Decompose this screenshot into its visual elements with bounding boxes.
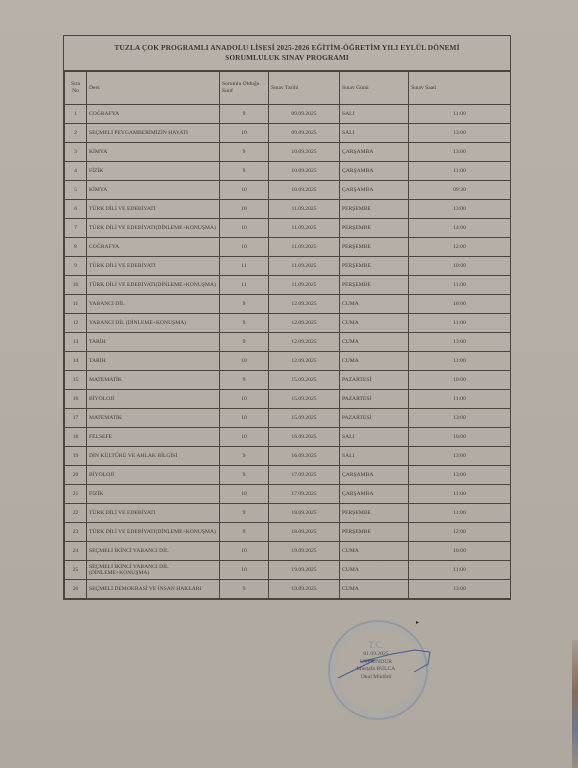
- cell-no: 7: [65, 219, 87, 238]
- table-row: 9TÜRK DİLİ VE EDEBİYATI1111.09.2025PERŞE…: [65, 257, 511, 276]
- cell-ders: YABANCI DİL (DİNLEME+KONUŞMA): [87, 314, 220, 333]
- cell-sinif: 10: [220, 409, 269, 428]
- table-row: 14TARİH1012.09.2025CUMA11:00: [65, 352, 511, 371]
- cell-sinif: 9: [220, 162, 269, 181]
- cell-no: 8: [65, 238, 87, 257]
- cell-sinif: 10: [220, 390, 269, 409]
- cell-saat: 13:00: [409, 333, 511, 352]
- cell-sinif: 9: [220, 580, 269, 599]
- cell-ders: TÜRK DİLİ VE EDEBİYATI(DİNLEME+KONUŞMA): [87, 523, 220, 542]
- cell-no: 11: [65, 295, 87, 314]
- cell-sinif: 10: [220, 181, 269, 200]
- cell-sinif: 10: [220, 219, 269, 238]
- cell-gun: CUMA: [340, 580, 409, 599]
- cell-saat: 13:00: [409, 409, 511, 428]
- cell-tarih: 17.09.2025: [269, 485, 340, 504]
- cell-gun: CUMA: [340, 542, 409, 561]
- cell-sinif: 11: [220, 257, 269, 276]
- cell-gun: PERŞEMBE: [340, 200, 409, 219]
- cell-tarih: 11.09.2025: [269, 200, 340, 219]
- cell-saat: 13:00: [409, 466, 511, 485]
- cell-tarih: 16.09.2025: [269, 428, 340, 447]
- cell-tarih: 10.09.2025: [269, 181, 340, 200]
- cell-sinif: 10: [220, 124, 269, 143]
- table-row: 1COĞRAFYA909.09.2025SALI11:00: [65, 105, 511, 124]
- cell-saat: 13:00: [409, 143, 511, 162]
- cell-tarih: 10.09.2025: [269, 143, 340, 162]
- cell-gun: CUMA: [340, 295, 409, 314]
- cell-no: 3: [65, 143, 87, 162]
- cell-sinif: 9: [220, 143, 269, 162]
- cell-ders: TÜRK DİLİ VE EDEBİYATI: [87, 257, 220, 276]
- table-row: 17MATEMATİK1015.09.2025PAZARTESİ13:00: [65, 409, 511, 428]
- cell-ders: COĞRAFYA: [87, 238, 220, 257]
- table-row: 12YABANCI DİL (DİNLEME+KONUŞMA)912.09.20…: [65, 314, 511, 333]
- header-sinif: Sorumlu Olduğu Sınıf: [220, 72, 269, 105]
- title-line-2: SORUMLULUK SINAV PROGRAMI: [225, 53, 349, 63]
- table-row: 13TARİH912.09.2025CUMA13:00: [65, 333, 511, 352]
- schedule-table: Sıra No Ders Sorumlu Olduğu Sınıf Sınav …: [64, 71, 511, 599]
- cell-no: 21: [65, 485, 87, 504]
- cell-ders: YABANCI DİL: [87, 295, 220, 314]
- cell-ders: TARİH: [87, 352, 220, 371]
- table-row: 5KİMYA1010.09.2025ÇARŞAMBA09:30: [65, 181, 511, 200]
- cell-gun: PERŞEMBE: [340, 238, 409, 257]
- cell-ders: BİYOLOJİ: [87, 466, 220, 485]
- cell-saat: 09:30: [409, 181, 511, 200]
- cell-no: 4: [65, 162, 87, 181]
- cell-ders: MATEMATİK: [87, 409, 220, 428]
- cell-no: 17: [65, 409, 87, 428]
- cell-saat: 11:00: [409, 105, 511, 124]
- cell-no: 9: [65, 257, 87, 276]
- cell-gun: PAZARTESİ: [340, 409, 409, 428]
- cell-ders: TÜRK DİLİ VE EDEBİYATI: [87, 200, 220, 219]
- cell-ders: KİMYA: [87, 181, 220, 200]
- cell-saat: 11:00: [409, 314, 511, 333]
- cell-no: 13: [65, 333, 87, 352]
- cell-gun: PERŞEMBE: [340, 219, 409, 238]
- cell-no: 25: [65, 561, 87, 580]
- cell-no: 18: [65, 428, 87, 447]
- cell-gun: ÇARŞAMBA: [340, 181, 409, 200]
- cell-saat: 11:00: [409, 561, 511, 580]
- cell-saat: 11:00: [409, 390, 511, 409]
- table-row: 15MATEMATİK915.09.2025PAZARTESİ10:00: [65, 371, 511, 390]
- cell-no: 15: [65, 371, 87, 390]
- cell-no: 2: [65, 124, 87, 143]
- cell-ders: FİZİK: [87, 485, 220, 504]
- cell-sinif: 10: [220, 200, 269, 219]
- cell-gun: CUMA: [340, 333, 409, 352]
- table-row: 26SEÇMELİ DEMOKRASİ VE İNSAN HAKLARI919.…: [65, 580, 511, 599]
- cell-ders: SEÇMELİ PEYGAMBERİMİZİN HAYATI: [87, 124, 220, 143]
- stamp-emblem: T.C.: [328, 640, 424, 651]
- cell-tarih: 12.09.2025: [269, 333, 340, 352]
- cell-ders: DİN KÜLTÜRÜ VE AHLAK BİLGİSİ: [87, 447, 220, 466]
- cell-saat: 13:00: [409, 447, 511, 466]
- cell-sinif: 9: [220, 314, 269, 333]
- table-row: 24SEÇMELİ İKİNCİ YABANCI DİL1019.09.2025…: [65, 542, 511, 561]
- cell-gun: PERŞEMBE: [340, 257, 409, 276]
- cell-saat: 13:00: [409, 124, 511, 143]
- cell-ders: COĞRAFYA: [87, 105, 220, 124]
- cell-saat: 11:00: [409, 485, 511, 504]
- stamp-name: Mustafa BULCA: [328, 666, 424, 674]
- cell-gun: ÇARŞAMBA: [340, 162, 409, 181]
- cell-ders: TÜRK DİLİ VE EDEBİYATI(DİNLEME+KONUŞMA): [87, 219, 220, 238]
- cell-ders: MATEMATİK: [87, 371, 220, 390]
- stamp-text: T.C. 01.09.2025 UYGUNDUR Mustafa BULCA O…: [328, 640, 424, 681]
- table-row: 4FİZİK910.09.2025ÇARŞAMBA11:00: [65, 162, 511, 181]
- table-row: 7TÜRK DİLİ VE EDEBİYATI(DİNLEME+KONUŞMA)…: [65, 219, 511, 238]
- header-no: Sıra No: [65, 72, 87, 105]
- cell-no: 14: [65, 352, 87, 371]
- cell-tarih: 15.09.2025: [269, 390, 340, 409]
- cell-tarih: 18.09.2025: [269, 523, 340, 542]
- table-row: 11YABANCI DİL912.09.2025CUMA10:00: [65, 295, 511, 314]
- cell-tarih: 09.09.2025: [269, 124, 340, 143]
- cell-tarih: 19.09.2025: [269, 542, 340, 561]
- cell-tarih: 09.09.2025: [269, 105, 340, 124]
- cell-gun: SALI: [340, 124, 409, 143]
- cell-tarih: 12.09.2025: [269, 295, 340, 314]
- cell-no: 22: [65, 504, 87, 523]
- cell-tarih: 11.09.2025: [269, 219, 340, 238]
- cell-saat: 10:00: [409, 428, 511, 447]
- cell-saat: 11:00: [409, 276, 511, 295]
- table-row: 8COĞRAFYA1011.09.2025PERŞEMBE12:00: [65, 238, 511, 257]
- cell-no: 23: [65, 523, 87, 542]
- cell-no: 24: [65, 542, 87, 561]
- table-row: 25SEÇMELİ İKİNCİ YABANCI DİL (DİNLEME+KO…: [65, 561, 511, 580]
- table-row: 23TÜRK DİLİ VE EDEBİYATI(DİNLEME+KONUŞMA…: [65, 523, 511, 542]
- cell-gun: PERŞEMBE: [340, 523, 409, 542]
- cell-sinif: 9: [220, 447, 269, 466]
- stamp-role: Okul Müdürü: [328, 674, 424, 682]
- cell-sinif: 10: [220, 542, 269, 561]
- cell-no: 6: [65, 200, 87, 219]
- header-row: Sıra No Ders Sorumlu Olduğu Sınıf Sınav …: [65, 72, 511, 105]
- header-tarih: Sınav Tarihi: [269, 72, 340, 105]
- table-row: 22TÜRK DİLİ VE EDEBİYATI918.09.2025PERŞE…: [65, 504, 511, 523]
- document-title: TUZLA ÇOK PROGRAMLI ANADOLU LİSESİ 2025-…: [64, 36, 510, 71]
- cell-tarih: 12.09.2025: [269, 314, 340, 333]
- stamp-date: 01.09.2025: [328, 651, 424, 659]
- cell-sinif: 11: [220, 276, 269, 295]
- header-saat: Sınav Saati: [409, 72, 511, 105]
- table-row: 19DİN KÜLTÜRÜ VE AHLAK BİLGİSİ916.09.202…: [65, 447, 511, 466]
- cell-ders: TARİH: [87, 333, 220, 352]
- cell-saat: 13:00: [409, 580, 511, 599]
- cell-gun: SALI: [340, 447, 409, 466]
- cell-ders: FİZİK: [87, 162, 220, 181]
- cell-saat: 10:00: [409, 371, 511, 390]
- header-ders: Ders: [87, 72, 220, 105]
- cell-sinif: 9: [220, 523, 269, 542]
- cell-sinif: 10: [220, 352, 269, 371]
- cell-tarih: 19.09.2025: [269, 580, 340, 599]
- cell-sinif: 10: [220, 561, 269, 580]
- table-row: 21FİZİK1017.09.2025ÇARŞAMBA11:00: [65, 485, 511, 504]
- table-row: 6TÜRK DİLİ VE EDEBİYATI1011.09.2025PERŞE…: [65, 200, 511, 219]
- cell-no: 16: [65, 390, 87, 409]
- title-line-1: TUZLA ÇOK PROGRAMLI ANADOLU LİSESİ 2025-…: [114, 43, 459, 53]
- cell-gun: ÇARŞAMBA: [340, 143, 409, 162]
- cell-sinif: 9: [220, 504, 269, 523]
- cell-ders: SEÇMELİ İKİNCİ YABANCI DİL: [87, 542, 220, 561]
- exam-schedule-document: TUZLA ÇOK PROGRAMLI ANADOLU LİSESİ 2025-…: [63, 35, 511, 600]
- cell-gun: PERŞEMBE: [340, 504, 409, 523]
- cell-saat: 12:00: [409, 523, 511, 542]
- cell-no: 12: [65, 314, 87, 333]
- cell-ders: TÜRK DİLİ VE EDEBİYATI: [87, 504, 220, 523]
- cell-tarih: 15.09.2025: [269, 409, 340, 428]
- cell-saat: 14:00: [409, 219, 511, 238]
- cell-saat: 10:00: [409, 542, 511, 561]
- cell-sinif: 9: [220, 105, 269, 124]
- cell-ders: FELSEFE: [87, 428, 220, 447]
- cell-tarih: 10.09.2025: [269, 162, 340, 181]
- stamp-approval: UYGUNDUR: [328, 659, 424, 667]
- cell-gun: ÇARŞAMBA: [340, 485, 409, 504]
- cell-gun: CUMA: [340, 352, 409, 371]
- cell-ders: SEÇMELİ DEMOKRASİ VE İNSAN HAKLARI: [87, 580, 220, 599]
- cell-gun: CUMA: [340, 561, 409, 580]
- cell-gun: ÇARŞAMBA: [340, 466, 409, 485]
- cell-tarih: 16.09.2025: [269, 447, 340, 466]
- header-gun: Sınav Günü: [340, 72, 409, 105]
- cell-sinif: 9: [220, 295, 269, 314]
- table-row: 10TÜRK DİLİ VE EDEBİYATI(DİNLEME+KONUŞMA…: [65, 276, 511, 295]
- cell-tarih: 17.09.2025: [269, 466, 340, 485]
- cell-gun: CUMA: [340, 314, 409, 333]
- cell-sinif: 9: [220, 333, 269, 352]
- cell-saat: 12:00: [409, 238, 511, 257]
- cell-tarih: 15.09.2025: [269, 371, 340, 390]
- cell-gun: PAZARTESİ: [340, 390, 409, 409]
- table-row: 18FELSEFE1016.09.2025SALI10:00: [65, 428, 511, 447]
- table-row: 3KİMYA910.09.2025ÇARŞAMBA13:00: [65, 143, 511, 162]
- cell-saat: 13:00: [409, 200, 511, 219]
- cell-saat: 11:00: [409, 504, 511, 523]
- cell-no: 26: [65, 580, 87, 599]
- cell-ders: BİYOLOJİ: [87, 390, 220, 409]
- paper-edge-background: [572, 640, 578, 768]
- cell-sinif: 10: [220, 428, 269, 447]
- cell-no: 10: [65, 276, 87, 295]
- cell-gun: PAZARTESİ: [340, 371, 409, 390]
- cell-saat: 10:00: [409, 257, 511, 276]
- table-row: 20BİYOLOJİ917.09.2025ÇARŞAMBA13:00: [65, 466, 511, 485]
- cell-gun: SALI: [340, 105, 409, 124]
- table-row: 16BİYOLOJİ1015.09.2025PAZARTESİ11:00: [65, 390, 511, 409]
- cell-sinif: 10: [220, 238, 269, 257]
- cell-saat: 10:00: [409, 295, 511, 314]
- cell-sinif: 9: [220, 466, 269, 485]
- cell-ders: SEÇMELİ İKİNCİ YABANCI DİL (DİNLEME+KONU…: [87, 561, 220, 580]
- cell-sinif: 10: [220, 485, 269, 504]
- cell-tarih: 11.09.2025: [269, 238, 340, 257]
- pen-mark-icon: ▸: [416, 619, 419, 626]
- cell-ders: KİMYA: [87, 143, 220, 162]
- cell-no: 19: [65, 447, 87, 466]
- cell-ders: TÜRK DİLİ VE EDEBİYATI(DİNLEME+KONUŞMA): [87, 276, 220, 295]
- cell-gun: PERŞEMBE: [340, 276, 409, 295]
- cell-tarih: 19.09.2025: [269, 561, 340, 580]
- cell-tarih: 11.09.2025: [269, 276, 340, 295]
- cell-no: 1: [65, 105, 87, 124]
- cell-saat: 11:00: [409, 162, 511, 181]
- cell-tarih: 11.09.2025: [269, 257, 340, 276]
- cell-no: 20: [65, 466, 87, 485]
- cell-gun: SALI: [340, 428, 409, 447]
- cell-tarih: 18.09.2025: [269, 504, 340, 523]
- table-row: 2SEÇMELİ PEYGAMBERİMİZİN HAYATI1009.09.2…: [65, 124, 511, 143]
- cell-sinif: 9: [220, 371, 269, 390]
- cell-saat: 11:00: [409, 352, 511, 371]
- cell-no: 5: [65, 181, 87, 200]
- cell-tarih: 12.09.2025: [269, 352, 340, 371]
